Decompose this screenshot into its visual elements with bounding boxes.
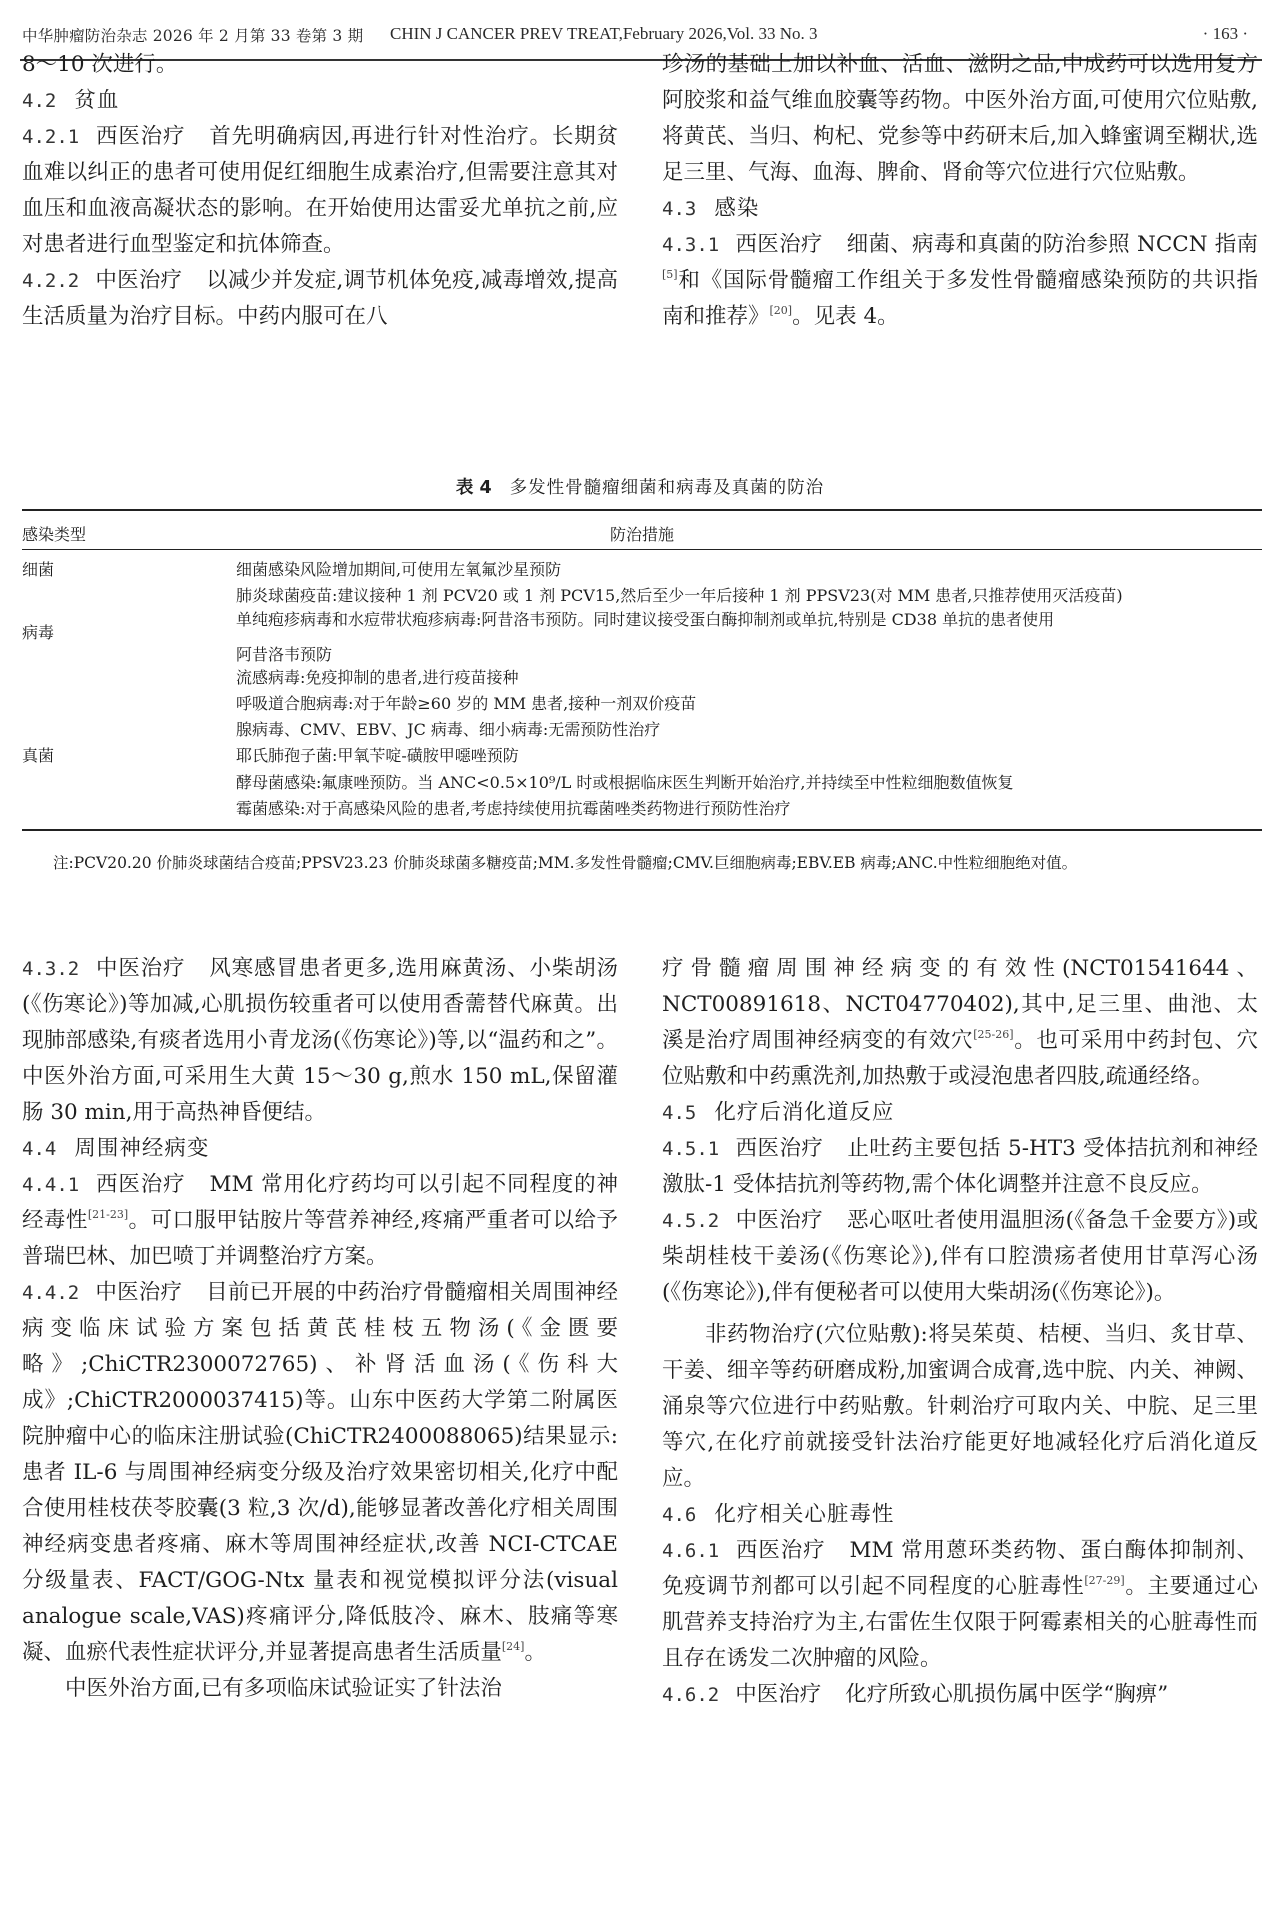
column-header-measure: 防治措施	[22, 522, 1262, 545]
subsection-number: 4.6.1	[662, 1540, 719, 1562]
subsection-number: 4.5.2	[662, 1210, 719, 1232]
subsection-number: 4.3.1	[662, 234, 719, 256]
cell-type: 细菌	[22, 557, 54, 580]
section-heading-4-3: 4.3感染	[662, 191, 1258, 227]
journal-title-en: CHIN J CANCER PREV TREAT,February 2026,V…	[390, 24, 818, 44]
cell-measure: 酵母菌感染:氟康唑预防。当 ANC<0.5×10⁹/L 时或根据临床医生判断开始…	[236, 770, 1014, 793]
cell-type: 病毒	[22, 620, 54, 643]
table-header-rule	[22, 549, 1262, 550]
cell-measure: 流感病毒:免疫抑制的患者,进行疫苗接种	[236, 665, 518, 688]
subsection-label: 中医治疗	[735, 1208, 823, 1233]
section-title: 感染	[714, 196, 759, 221]
right-column-top: 珍汤的基础上加以补血、活血、滋阴之品,中成药可以选用复方阿胶浆和益气维血胶囊等药…	[662, 47, 1258, 335]
section-heading-4-4: 4.4周围神经病变	[22, 1131, 618, 1167]
cell-type: 真菌	[22, 743, 54, 766]
subsection-label: 西医治疗	[735, 1538, 825, 1563]
subsection-label: 中医治疗	[95, 956, 185, 981]
paragraph-4-4-2: 4.4.2中医治疗目前已开展的中药治疗骨髓瘤相关周围神经病变临床试验方案包括黄芪…	[22, 1275, 618, 1671]
citation-ref[interactable]: [24]	[502, 1640, 525, 1653]
section-heading-4-6: 4.6化疗相关心脏毒性	[662, 1497, 1258, 1533]
paragraph-text: 和《国际骨髓瘤工作组关于多发性骨髓瘤感染预防的共识指南和推荐》	[662, 268, 1258, 329]
section-number: 4.6	[662, 1504, 696, 1526]
paragraph-4-2-1: 4.2.1西医治疗首先明确病因,再进行针对性治疗。长期贫血难以纠正的患者可使用促…	[22, 119, 618, 263]
subsection-label: 西医治疗	[735, 1136, 823, 1161]
section-title: 周围神经病变	[74, 1136, 209, 1161]
continued-text: 珍汤的基础上加以补血、活血、滋阴之品,中成药可以选用复方阿胶浆和益气维血胶囊等药…	[662, 47, 1258, 191]
subsection-number: 4.3.2	[22, 958, 79, 980]
running-header: 中华肿瘤防治杂志 2026 年 2 月第 33 卷第 3 期 CHIN J CA…	[22, 16, 1262, 50]
paragraph-4-5-2: 4.5.2中医治疗恶心呕吐者使用温胆汤(《备急千金要方》)或柴胡桂枝干姜汤(《伤…	[662, 1203, 1258, 1311]
section-title: 化疗相关心脏毒性	[714, 1502, 894, 1527]
cell-measure: 呼吸道合胞病毒:对于年龄≥60 岁的 MM 患者,接种一剂双价疫苗	[236, 691, 696, 714]
cell-measure: 耶氏肺孢子菌:甲氧苄啶-磺胺甲噁唑预防	[236, 743, 519, 766]
table-label: 表 4	[456, 478, 492, 498]
paragraph-4-6-1: 4.6.1西医治疗MM 常用蒽环类药物、蛋白酶体抑制剂、免疫调节剂都可以引起不同…	[662, 1533, 1258, 1677]
continued-paragraph: 疗骨髓瘤周围神经病变的有效性(NCT01541644、NCT00891618、N…	[662, 951, 1258, 1095]
section-number: 4.5	[662, 1102, 696, 1124]
subsection-number: 4.4.1	[22, 1174, 79, 1196]
paragraph-4-3-1: 4.3.1西医治疗细菌、病毒和真菌的防治参照 NCCN 指南[5]和《国际骨髓瘤…	[662, 227, 1258, 335]
citation-ref[interactable]: [21-23]	[88, 1208, 128, 1221]
table-note: 注:PCV20.20 价肺炎球菌结合疫苗;PPSV23.23 价肺炎球菌多糖疫苗…	[22, 846, 1262, 881]
cell-measure: 阿昔洛韦预防	[236, 642, 332, 665]
right-column-bottom: 疗骨髓瘤周围神经病变的有效性(NCT01541644、NCT00891618、N…	[662, 951, 1258, 1713]
paragraph-text: 。见表 4。	[792, 304, 899, 329]
citation-ref[interactable]: [5]	[662, 268, 678, 281]
subsection-label: 中医治疗	[95, 1280, 182, 1305]
page-number: · 163 ·	[1203, 24, 1248, 44]
cell-measure: 细菌感染风险增加期间,可使用左氧氟沙星预防	[236, 557, 561, 580]
paragraph-4-4-1: 4.4.1西医治疗MM 常用化疗药均可以引起不同程度的神经毒性[21-23]。可…	[22, 1167, 618, 1275]
section-title: 贫血	[74, 88, 119, 113]
citation-ref[interactable]: [27-29]	[1084, 1574, 1124, 1587]
paragraph-text: 细菌、病毒和真菌的防治参照 NCCN 指南	[847, 232, 1258, 257]
subsection-number: 4.5.1	[662, 1138, 719, 1160]
subsection-label: 西医治疗	[95, 1172, 185, 1197]
section-title: 化疗后消化道反应	[714, 1100, 894, 1125]
table-bottom-rule	[22, 829, 1262, 831]
table-caption: 表 4多发性骨髓瘤细菌和病毒及真菌的防治	[0, 474, 1280, 499]
section-number: 4.2	[22, 90, 56, 112]
cell-measure: 霉菌感染:对于高感染风险的患者,考虑持续使用抗霉菌唑类药物进行预防性治疗	[236, 796, 790, 819]
paragraph-external-treatment: 中医外治方面,已有多项临床试验证实了针法治	[22, 1671, 618, 1707]
subsection-number: 4.2.1	[22, 126, 79, 148]
paragraph-4-6-2: 4.6.2中医治疗化疗所致心肌损伤属中医学“胸痹”	[662, 1677, 1258, 1713]
left-column-bottom: 4.3.2中医治疗风寒感冒患者更多,选用麻黄汤、小柴胡汤(《伤寒论》)等加减,心…	[22, 951, 618, 1707]
paragraph-non-drug-treatment: 非药物治疗(穴位贴敷):将吴茱萸、桔梗、当归、炙甘草、干姜、细辛等药研磨成粉,加…	[662, 1317, 1258, 1497]
continued-text: 8～10 次进行。	[22, 47, 618, 83]
citation-ref[interactable]: [20]	[770, 304, 793, 317]
subsection-label: 中医治疗	[95, 268, 182, 293]
cell-measure: 单纯疱疹病毒和水痘带状疱疹病毒:阿昔洛韦预防。同时建议接受蛋白酶抑制剂或单抗,特…	[236, 607, 1054, 630]
subsection-label: 中医治疗	[735, 1682, 821, 1707]
citation-ref[interactable]: [25-26]	[973, 1028, 1013, 1041]
left-column-top: 8～10 次进行。 4.2贫血 4.2.1西医治疗首先明确病因,再进行针对性治疗…	[22, 47, 618, 335]
section-number: 4.4	[22, 1138, 56, 1160]
table-title: 多发性骨髓瘤细菌和病毒及真菌的防治	[510, 478, 825, 498]
paragraph-4-2-2: 4.2.2中医治疗以减少并发症,调节机体免疫,减毒增效,提高生活质量为治疗目标。…	[22, 263, 618, 335]
section-number: 4.3	[662, 198, 696, 220]
paragraph-text: 风寒感冒患者更多,选用麻黄汤、小柴胡汤(《伤寒论》)等加减,心肌损伤较重者可以使…	[22, 956, 618, 1125]
paragraph-text: 目前已开展的中药治疗骨髓瘤相关周围神经病变临床试验方案包括黄芪桂枝五物汤(《金匮…	[22, 1280, 618, 1665]
journal-title-cn: 中华肿瘤防治杂志 2026 年 2 月第 33 卷第 3 期	[22, 24, 363, 46]
subsection-number: 4.6.2	[662, 1684, 719, 1706]
subsection-label: 西医治疗	[735, 232, 822, 257]
subsection-number: 4.4.2	[22, 1282, 79, 1304]
cell-measure: 肺炎球菌疫苗:建议接种 1 剂 PCV20 或 1 剂 PCV15,然后至少一年…	[236, 583, 1123, 606]
table-top-rule	[22, 509, 1262, 511]
section-heading-4-5: 4.5化疗后消化道反应	[662, 1095, 1258, 1131]
section-heading-4-2: 4.2贫血	[22, 83, 618, 119]
paragraph-text: 。	[524, 1640, 546, 1665]
subsection-label: 西医治疗	[95, 124, 185, 149]
paragraph-4-3-2: 4.3.2中医治疗风寒感冒患者更多,选用麻黄汤、小柴胡汤(《伤寒论》)等加减,心…	[22, 951, 618, 1131]
paragraph-text: 化疗所致心肌损伤属中医学“胸痹”	[845, 1682, 1168, 1707]
paragraph-4-5-1: 4.5.1西医治疗止吐药主要包括 5-HT3 受体拮抗剂和神经激肽-1 受体拮抗…	[662, 1131, 1258, 1203]
cell-measure: 腺病毒、CMV、EBV、JC 病毒、细小病毒:无需预防性治疗	[236, 717, 660, 740]
subsection-number: 4.2.2	[22, 270, 79, 292]
